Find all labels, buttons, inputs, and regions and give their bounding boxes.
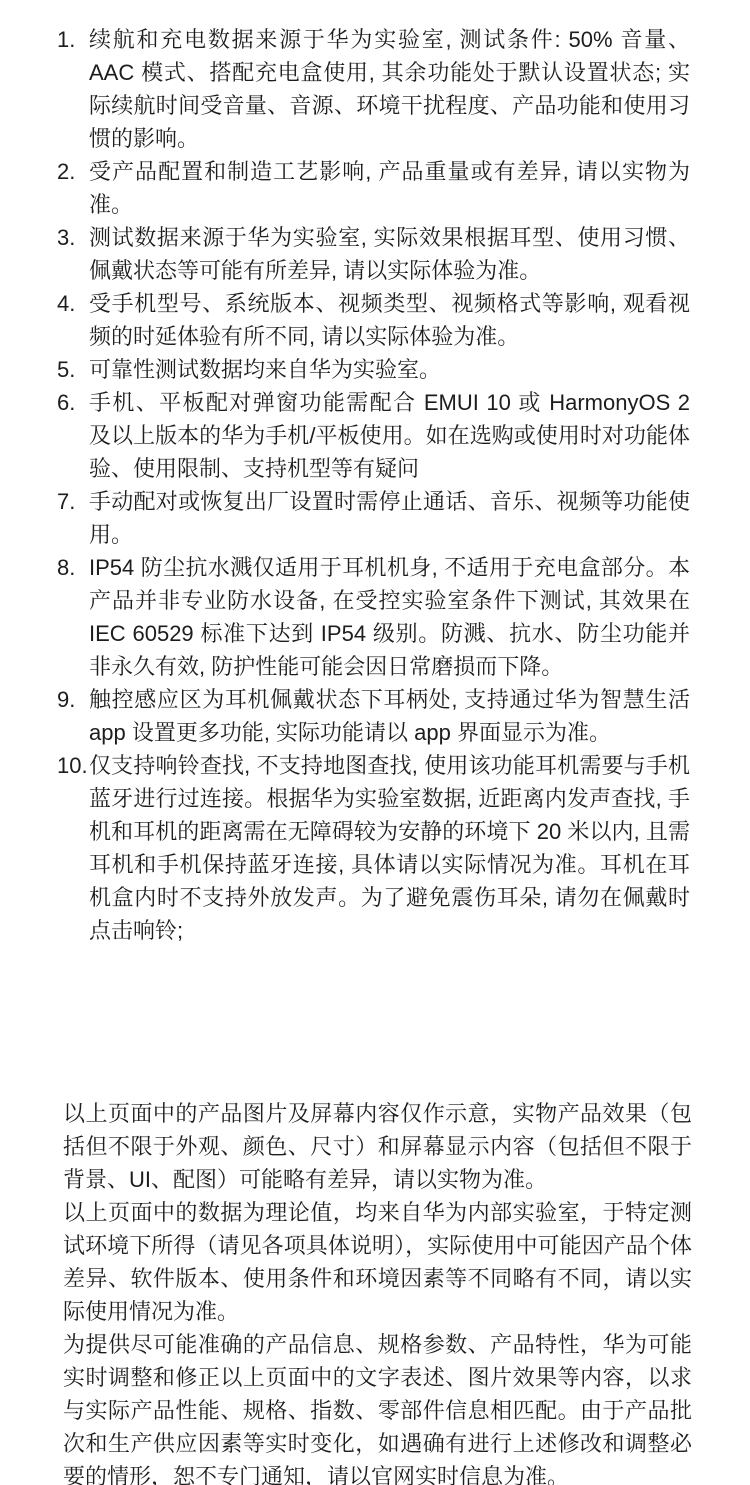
footnote-item: 2. 受产品配置和制造工艺影响, 产品重量或有差异, 请以实物为准。 (57, 155, 690, 221)
footnotes-list: 1. 续航和充电数据来源于华为实验室, 测试条件: 50% 音量、AAC 模式、… (0, 0, 750, 947)
footnote-item: 8. IP54 防尘抗水溅仅适用于耳机机身, 不适用于充电盒部分。本产品并非专业… (57, 551, 690, 683)
footnote-item: 4. 受手机型号、系统版本、视频类型、视频格式等影响, 观看视频的时延体验有所不… (57, 287, 690, 353)
footnote-number: 4. (57, 287, 75, 320)
footnote-number: 8. (57, 551, 75, 584)
footnote-text: 仅支持响铃查找, 不支持地图查找, 使用该功能耳机需要与手机蓝牙进行过连接。根据… (89, 753, 690, 943)
footnote-item: 5. 可靠性测试数据均来自华为实验室。 (57, 353, 690, 386)
footnote-number: 2. (57, 155, 75, 188)
footnote-number: 7. (57, 485, 75, 518)
legal-disclaimer-section: 以上页面中的产品图片及屏幕内容仅作示意，实物产品效果（包括但不限于外观、颜色、尺… (63, 1097, 692, 1485)
footnote-text: 受手机型号、系统版本、视频类型、视频格式等影响, 观看视频的时延体验有所不同, … (89, 291, 690, 349)
product-disclaimer-page: 1. 续航和充电数据来源于华为实验室, 测试条件: 50% 音量、AAC 模式、… (0, 0, 750, 1485)
footnote-item: 3. 测试数据来源于华为实验室, 实际效果根据耳型、使用习惯、佩戴状态等可能有所… (57, 221, 690, 287)
footnote-number: 9. (57, 683, 75, 716)
footnote-text: 测试数据来源于华为实验室, 实际效果根据耳型、使用习惯、佩戴状态等可能有所差异,… (89, 225, 690, 283)
footnote-item: 9. 触控感应区为耳机佩戴状态下耳柄处, 支持通过华为智慧生活 app 设置更多… (57, 683, 690, 749)
legal-paragraph: 以上页面中的产品图片及屏幕内容仅作示意，实物产品效果（包括但不限于外观、颜色、尺… (63, 1097, 692, 1196)
footnote-number: 5. (57, 353, 75, 386)
legal-paragraph: 以上页面中的数据为理论值，均来自华为内部实验室，于特定测试环境下所得（请见各项具… (63, 1196, 692, 1328)
footnote-item: 1. 续航和充电数据来源于华为实验室, 测试条件: 50% 音量、AAC 模式、… (57, 23, 690, 155)
footnote-number: 3. (57, 221, 75, 254)
footnote-text: 手动配对或恢复出厂设置时需停止通话、音乐、视频等功能使用。 (89, 489, 690, 547)
footnote-item: 10. 仅支持响铃查找, 不支持地图查找, 使用该功能耳机需要与手机蓝牙进行过连… (57, 749, 690, 947)
footnote-text: 手机、平板配对弹窗功能需配合 EMUI 10 或 HarmonyOS 2 及以上… (89, 390, 690, 481)
footnote-text: 触控感应区为耳机佩戴状态下耳柄处, 支持通过华为智慧生活 app 设置更多功能,… (89, 687, 690, 745)
footnote-text: 可靠性测试数据均来自华为实验室。 (89, 357, 441, 382)
footnote-number: 10. (57, 749, 88, 782)
legal-paragraph: 为提供尽可能准确的产品信息、规格参数、产品特性，华为可能实时调整和修正以上页面中… (63, 1328, 692, 1485)
footnote-text: IP54 防尘抗水溅仅适用于耳机机身, 不适用于充电盒部分。本产品并非专业防水设… (89, 555, 690, 679)
footnote-number: 1. (57, 23, 75, 56)
footnote-item: 7. 手动配对或恢复出厂设置时需停止通话、音乐、视频等功能使用。 (57, 485, 690, 551)
footnote-number: 6. (57, 386, 75, 419)
footnote-text: 续航和充电数据来源于华为实验室, 测试条件: 50% 音量、AAC 模式、搭配充… (89, 27, 690, 151)
footnote-text: 受产品配置和制造工艺影响, 产品重量或有差异, 请以实物为准。 (89, 159, 690, 217)
footnote-item: 6. 手机、平板配对弹窗功能需配合 EMUI 10 或 HarmonyOS 2 … (57, 386, 690, 485)
